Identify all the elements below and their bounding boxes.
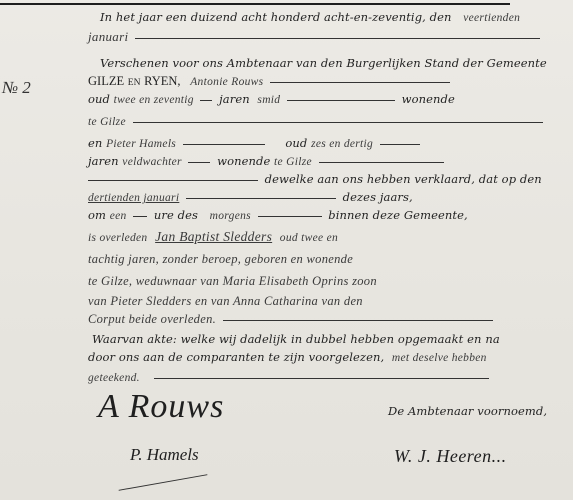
declarant-1-name: Antonie Rouws	[190, 76, 263, 88]
line-3: Verschenen voor ons Ambtenaar van den Bu…	[100, 54, 547, 72]
declarant-1-occupation: smid	[257, 94, 280, 106]
line-19: geteekend.	[88, 368, 492, 386]
handwritten-text: geteekend.	[88, 372, 140, 384]
handwritten-text: oud twee en	[280, 232, 338, 244]
line-1: In het jaar een duizend acht honderd ach…	[100, 8, 520, 26]
printed-text: jaren	[88, 154, 119, 168]
printed-text: wonende	[217, 154, 270, 168]
fill-line	[183, 144, 265, 145]
record-number: № 2	[2, 78, 31, 98]
printed-text: In het jaar een duizend acht honderd ach…	[100, 10, 452, 24]
declarant-2-name: Pieter Hamels	[106, 138, 176, 150]
fill-line	[188, 162, 210, 163]
line-10: dertienden januari dezes jaars,	[88, 188, 413, 206]
fill-line	[380, 144, 420, 145]
fill-line	[200, 100, 212, 101]
fill-line	[88, 180, 258, 181]
handwritten-day: veertienden	[463, 12, 520, 24]
signature-declarant-1: A Rouws	[98, 388, 224, 426]
deceased-name: Jan Baptist Sledders	[155, 229, 272, 244]
handwritten-text: te Gilze, weduwnaar van Maria Elisabeth …	[88, 274, 377, 288]
declarant-2-occupation: veldwachter	[122, 156, 182, 168]
printed-text: door ons aan de comparanten te zijn voor…	[88, 350, 384, 364]
line-7: en Pieter Hamels oud zes en dertig	[88, 134, 423, 152]
fill-line	[186, 198, 336, 199]
printed-text: ure des	[154, 208, 198, 222]
handwritten-text: Corput beide overleden.	[88, 312, 216, 326]
printed-text: dewelke aan ons hebben verklaard, dat op…	[265, 172, 542, 186]
municipality-b: EN	[128, 78, 141, 88]
official-label: De Ambtenaar voornoemd,	[388, 404, 547, 418]
handwritten-text: van Pieter Sledders en van Anna Catharin…	[88, 294, 363, 308]
line-5: oud twee en zeventig jaren smid wonende	[88, 90, 455, 108]
municipality-a: GILZE	[88, 74, 124, 88]
printed-text: binnen deze Gemeente,	[328, 208, 468, 222]
signature-official: W. J. Heeren...	[394, 446, 507, 467]
signature-declarant-2: P. Hamels	[130, 445, 199, 465]
death-date: dertienden januari	[88, 192, 179, 204]
top-rule	[0, 3, 510, 5]
death-hour: een	[110, 210, 127, 222]
line-9: dewelke aan ons hebben verklaard, dat op…	[88, 170, 542, 188]
printed-text: oud	[285, 136, 307, 150]
printed-text: Verschenen voor ons Ambtenaar van den Bu…	[100, 56, 547, 70]
fill-line	[258, 216, 322, 217]
fill-line	[319, 162, 444, 163]
handwritten-text: met deselve hebben	[392, 352, 487, 364]
handwritten-month: januari	[88, 29, 128, 44]
declarant-1-age: twee en zeventig	[114, 94, 194, 106]
handwritten-text: tachtig jaren, zonder beroep, geboren en…	[88, 252, 353, 266]
printed-text: om	[88, 208, 106, 222]
line-14: te Gilze, weduwnaar van Maria Elisabeth …	[88, 272, 377, 290]
line-8: jaren veldwachter wonende te Gilze	[88, 152, 447, 170]
line-17: Waarvan akte: welke wij dadelijk in dubb…	[92, 330, 500, 348]
line-15: van Pieter Sledders en van Anna Catharin…	[88, 292, 363, 310]
printed-text: en	[88, 136, 102, 150]
fill-line	[154, 378, 489, 379]
line-16: Corput beide overleden.	[88, 310, 496, 328]
printed-text: jaren	[219, 92, 250, 106]
line-4: GILZE EN RYEN, Antonie Rouws	[88, 72, 453, 90]
fill-line	[135, 38, 540, 39]
printed-text: Waarvan akte: welke wij dadelijk in dubb…	[92, 332, 500, 346]
printed-text: wonende	[402, 92, 455, 106]
line-6: te Gilze	[88, 112, 546, 130]
municipality-c: RYEN,	[144, 74, 180, 88]
death-time-of-day: morgens	[210, 210, 251, 222]
line-13: tachtig jaren, zonder beroep, geboren en…	[88, 250, 353, 268]
printed-text: oud	[88, 92, 110, 106]
line-2: januari	[88, 28, 543, 46]
declarant-1-residence: te Gilze	[88, 116, 126, 128]
printed-text: dezes jaars,	[343, 190, 413, 204]
handwritten-text: is overleden	[88, 232, 147, 244]
fill-line	[270, 82, 450, 83]
certificate-page: № 2 In het jaar een duizend acht honderd…	[0, 0, 573, 500]
fill-line	[133, 122, 543, 123]
declarant-2-age: zes en dertig	[311, 138, 373, 150]
fill-line	[223, 320, 493, 321]
fill-line	[133, 216, 147, 217]
line-12: is overleden Jan Baptist Sledders oud tw…	[88, 228, 338, 246]
line-18: door ons aan de comparanten te zijn voor…	[88, 348, 487, 366]
signature-flourish	[119, 474, 208, 491]
declarant-2-residence: te Gilze	[274, 156, 312, 168]
fill-line	[287, 100, 395, 101]
line-11: om een ure des morgens binnen deze Gemee…	[88, 206, 468, 224]
